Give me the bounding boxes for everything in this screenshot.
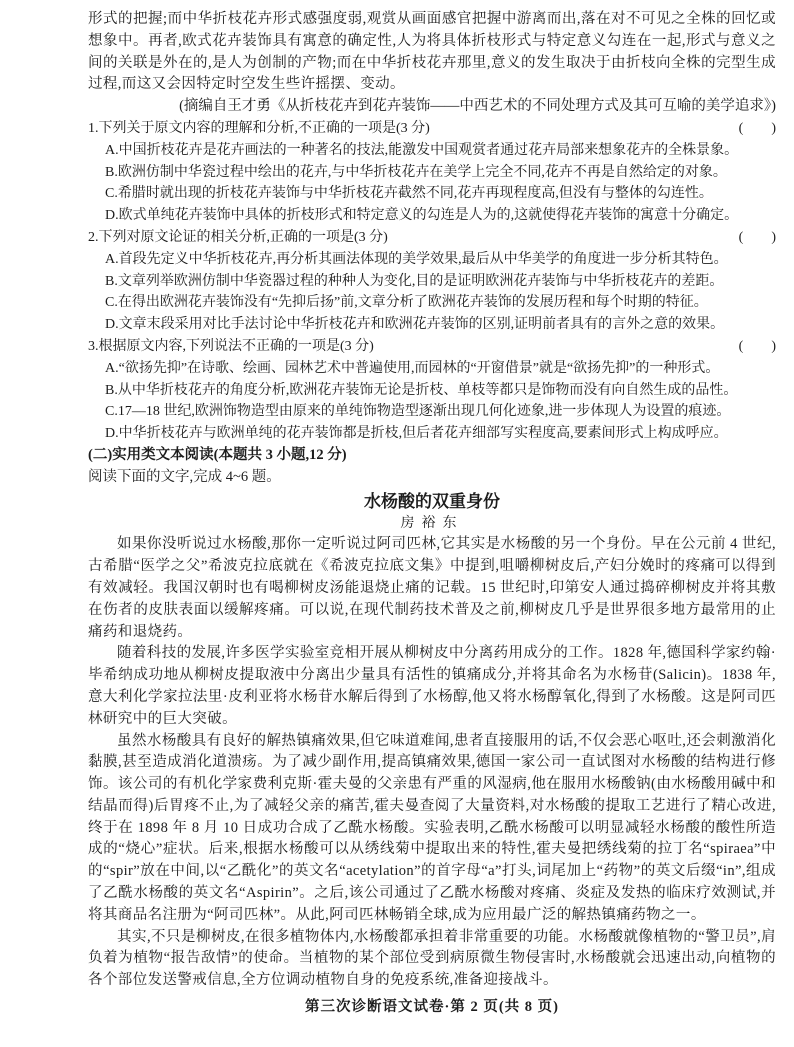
source-attribution: (摘编自王才勇《从折枝花卉到花卉装饰——中西艺术的不同处理方式及其可互喻的美学追… [88, 96, 776, 118]
page-footer: 第三次诊断语文试卷·第 2 页(共 8 页) [88, 997, 776, 1019]
question-3-option-a: A.“欲扬先抑”在诗歌、绘画、园林艺术中普遍使用,而园林的“开窗借景”就是“欲扬… [88, 358, 776, 380]
question-3-stem-row: 3.根据原文内容,下列说法不正确的一项是(3 分) ( ) [88, 336, 776, 358]
question-2-option-b: B.文章列举欧洲仿制中华瓷器过程的种种人为变化,目的是证明欧洲花卉装饰与中华折枝… [88, 271, 776, 293]
question-block-2: 2.下列对原文论证的相关分析,正确的一项是(3 分) ( ) A.首段先定义中华… [88, 227, 776, 336]
passage-continuation: 形式的把握;而中华折枝花卉形式感强度弱,观赏从画面感官把握中游离而出,落在对不可… [88, 9, 776, 96]
question-2-option-a: A.首段先定义中华折枝花卉,再分析其画法体现的美学效果,最后从中华美学的角度进一… [88, 249, 776, 271]
essay-paragraph-3: 虽然水杨酸具有良好的解热镇痛效果,但它味道难闻,患者直接服用的话,不仅会恶心呕吐… [88, 731, 776, 927]
question-3-option-b: B.从中华折枝花卉的角度分析,欧洲花卉装饰无论是折枝、单枝等都只是饰物而没有向自… [88, 380, 776, 402]
essay-paragraph-1: 如果你没听说过水杨酸,那你一定听说过阿司匹林,它其实是水杨酸的另一个身份。早在公… [88, 534, 776, 643]
question-block-1: 1.下列关于原文内容的理解和分析,不正确的一项是(3 分) ( ) A.中国折枝… [88, 118, 776, 227]
question-3-answer-bracket: ( ) [739, 336, 776, 358]
essay-paragraph-2: 随着科技的发展,许多医学实验室竞相开展从柳树皮中分离药用成分的工作。1828 年… [88, 643, 776, 730]
exam-page: 形式的把握;而中华折枝花卉形式感强度弱,观赏从画面感官把握中游离而出,落在对不可… [0, 0, 794, 1047]
question-2-option-c: C.在得出欧洲花卉装饰没有“先抑后扬”前,文章分析了欧洲花卉装饰的发展历程和每个… [88, 292, 776, 314]
question-1-option-c: C.希腊时就出现的折枝花卉装饰与中华折枝花卉截然不同,花卉再现程度高,但没有与整… [88, 183, 776, 205]
question-1-stem: 1.下列关于原文内容的理解和分析,不正确的一项是(3 分) [88, 118, 430, 140]
question-2-stem: 2.下列对原文论证的相关分析,正确的一项是(3 分) [88, 227, 388, 249]
question-block-3: 3.根据原文内容,下列说法不正确的一项是(3 分) ( ) A.“欲扬先抑”在诗… [88, 336, 776, 445]
question-1-option-b: B.欧洲仿制中华瓷过程中绘出的花卉,与中华折枝花卉在美学上完全不同,花卉不再是自… [88, 162, 776, 184]
question-2-answer-bracket: ( ) [739, 227, 776, 249]
question-3-option-c: C.17—18 世纪,欧洲饰物造型由原来的单纯饰物造型逐渐出现几何化迹象,进一步… [88, 401, 776, 423]
reading-instruction: 阅读下面的文字,完成 4~6 题。 [88, 467, 776, 489]
section-two-heading: (二)实用类文本阅读(本题共 3 小题,12 分) [88, 445, 776, 467]
essay-title: 水杨酸的双重身份 [88, 490, 776, 513]
question-2-option-d: D.文章末段采用对比手法讨论中华折枝花卉和欧洲花卉装饰的区别,证明前者具有的言外… [88, 314, 776, 336]
question-1-answer-bracket: ( ) [739, 118, 776, 140]
question-1-option-a: A.中国折枝花卉是花卉画法的一种著名的技法,能激发中国观赏者通过花卉局部来想象花… [88, 140, 776, 162]
question-3-stem: 3.根据原文内容,下列说法不正确的一项是(3 分) [88, 336, 374, 358]
question-1-stem-row: 1.下列关于原文内容的理解和分析,不正确的一项是(3 分) ( ) [88, 118, 776, 140]
essay-paragraph-4: 其实,不只是柳树皮,在很多植物体内,水杨酸都承担着非常重要的功能。水杨酸就像植物… [88, 927, 776, 992]
question-1-option-d: D.欧式单纯花卉装饰中具体的折枝形式和特定意义的勾连是人为的,这就使得花卉装饰的… [88, 205, 776, 227]
question-3-option-d: D.中华折枝花卉与欧洲单纯的花卉装饰都是折枝,但后者花卉细部写实程度高,要素间形… [88, 423, 776, 445]
question-2-stem-row: 2.下列对原文论证的相关分析,正确的一项是(3 分) ( ) [88, 227, 776, 249]
essay-author: 房裕东 [88, 513, 776, 535]
